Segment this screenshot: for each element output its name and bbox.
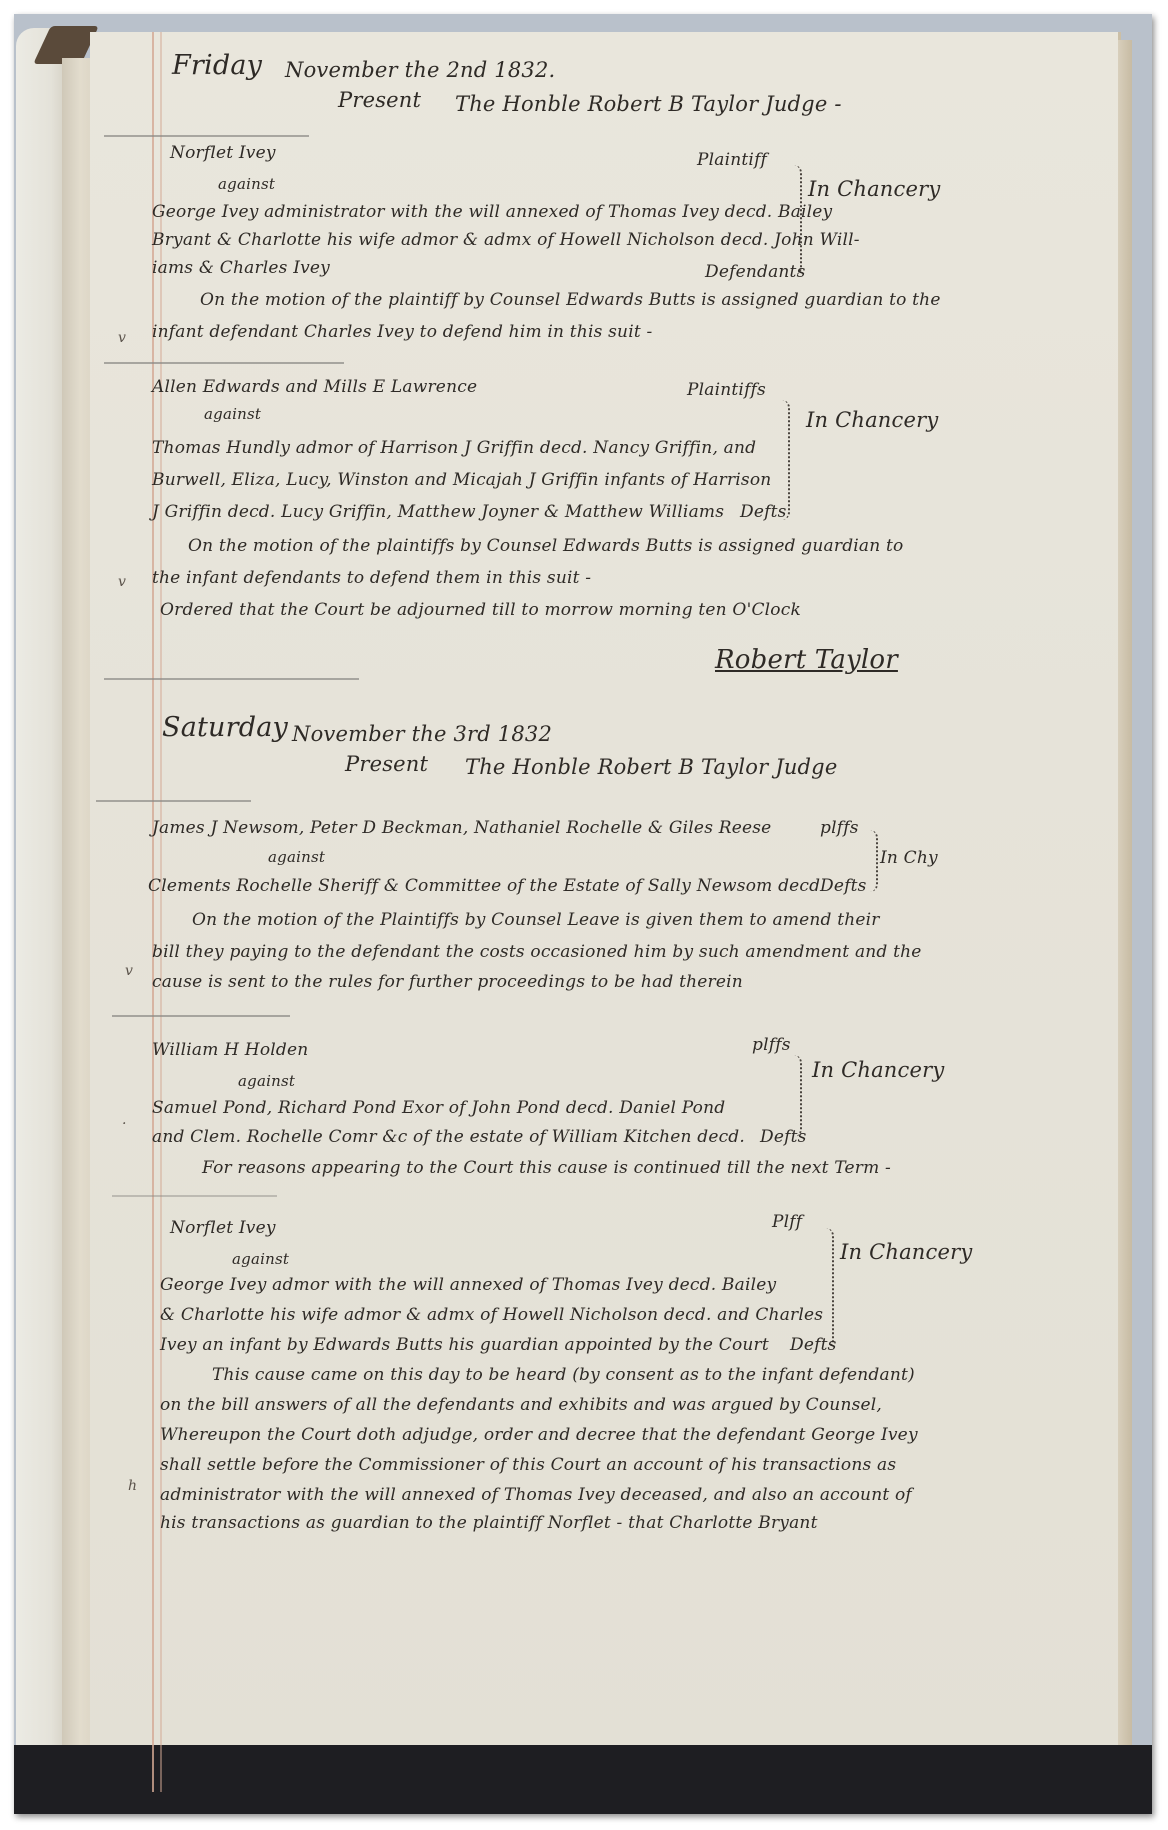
- section-divider: [104, 135, 309, 137]
- order-line: Whereupon the Court doth adjudge, order …: [160, 1425, 918, 1445]
- section-divider: [112, 1195, 277, 1197]
- order-line: administrator with the will annexed of T…: [160, 1485, 912, 1505]
- defendants-line: Bryant & Charlotte his wife admor & admx…: [152, 230, 860, 250]
- plaintiff-name: Allen Edwards and Mills E Lawrence: [152, 377, 477, 397]
- defendants-line: and Clem. Rochelle Comr &c of the estate…: [152, 1127, 745, 1147]
- against-label: against: [268, 848, 325, 866]
- order-line: On the motion of the plaintiffs by Couns…: [188, 536, 903, 556]
- left-page-edge: [16, 28, 66, 1808]
- order-line: infant defendant Charles Ivey to defend …: [152, 322, 652, 342]
- against-label: against: [238, 1072, 295, 1090]
- margin-check: .: [122, 1112, 126, 1128]
- defendants-label: Defts: [790, 1335, 837, 1355]
- defendants-label: Defts: [760, 1127, 807, 1147]
- court-label: In Chancery: [806, 408, 938, 432]
- order-line: shall settle before the Commissioner of …: [160, 1455, 896, 1475]
- adjournment-order: Ordered that the Court be adjourned till…: [160, 600, 801, 620]
- margin-check: v: [125, 963, 133, 979]
- defendants-line: George Ivey administrator with the will …: [152, 202, 832, 222]
- present-judge: The Honble Robert B Taylor Judge -: [455, 92, 842, 116]
- plaintiff-label: Plff: [772, 1212, 802, 1232]
- defendants-label: Defendants: [705, 262, 806, 282]
- bracket: [822, 1228, 834, 1348]
- order-line: cause is sent to the rules for further p…: [152, 972, 743, 992]
- plaintiff-label: plffs: [820, 818, 859, 838]
- court-label: In Chancery: [808, 177, 940, 201]
- session-date: November the 2nd 1832.: [285, 58, 555, 82]
- court-label: In Chancery: [812, 1058, 944, 1082]
- plaintiff-name: William H Holden: [152, 1040, 308, 1060]
- plaintiff-label: Plaintiff: [697, 150, 767, 170]
- bracket: [866, 830, 878, 892]
- order-line: the infant defendants to defend them in …: [152, 568, 591, 588]
- order-line: This cause came on this day to be heard …: [212, 1365, 915, 1385]
- defendants-line: Samuel Pond, Richard Pond Exor of John P…: [152, 1098, 725, 1118]
- order-line: On the motion of the Plaintiffs by Couns…: [192, 910, 880, 930]
- present-judge: The Honble Robert B Taylor Judge: [465, 755, 837, 779]
- plaintiff-label: Plaintiffs: [687, 380, 766, 400]
- defendants-line: George Ivey admor with the will annexed …: [160, 1275, 776, 1295]
- defendants-label: Defts: [820, 876, 867, 896]
- order-line: For reasons appearing to the Court this …: [202, 1158, 891, 1178]
- section-divider: [104, 362, 344, 364]
- section-divider: [96, 800, 251, 802]
- plaintiff-name: James J Newsom, Peter D Beckman, Nathani…: [152, 818, 771, 838]
- court-label: In Chancery: [840, 1240, 972, 1264]
- session-date: November the 3rd 1832: [292, 722, 552, 746]
- against-label: against: [232, 1250, 289, 1268]
- margin-check: h: [128, 1478, 137, 1494]
- defendants-line: iams & Charles Ivey: [152, 258, 330, 278]
- defendants-line: Ivey an infant by Edwards Butts his guar…: [160, 1335, 769, 1355]
- plaintiff-name: Norflet Ivey: [170, 1218, 276, 1238]
- section-divider: [104, 678, 359, 680]
- order-line: on the bill answers of all the defendant…: [160, 1395, 882, 1415]
- present-label: Present: [345, 752, 428, 776]
- order-line: his transactions as guardian to the plai…: [160, 1513, 818, 1533]
- session-day: Saturday: [162, 712, 288, 743]
- defendants-line: Burwell, Eliza, Lucy, Winston and Micaja…: [152, 470, 771, 490]
- session-day: Friday: [172, 50, 262, 81]
- defendants-line: Thomas Hundly admor of Harrison J Griffi…: [152, 438, 756, 458]
- order-line: bill they paying to the defendant the co…: [152, 942, 922, 962]
- book-spine: [62, 58, 92, 1798]
- margin-rule-left: [152, 32, 154, 1792]
- plaintiff-name: Norflet Ivey: [170, 143, 276, 163]
- defendants-label: Defts: [740, 502, 787, 522]
- defendants-line: & Charlotte his wife admor & admx of How…: [160, 1305, 823, 1325]
- against-label: against: [204, 405, 261, 423]
- page-stack-edge: [1118, 40, 1132, 1780]
- order-line: On the motion of the plaintiff by Counse…: [200, 290, 941, 310]
- plaintiff-label: plffs: [752, 1035, 791, 1055]
- bracket: [790, 1055, 802, 1137]
- margin-check: v: [118, 574, 126, 590]
- section-divider: [112, 1015, 290, 1017]
- judge-signature: Robert Taylor: [715, 645, 898, 675]
- defendants-line: J Griffin decd. Lucy Griffin, Matthew Jo…: [152, 502, 724, 522]
- present-label: Present: [338, 88, 421, 112]
- against-label: against: [218, 175, 275, 193]
- margin-check: v: [118, 330, 126, 346]
- defendants-line: Clements Rochelle Sheriff & Committee of…: [148, 876, 820, 896]
- court-label: In Chy: [880, 848, 938, 868]
